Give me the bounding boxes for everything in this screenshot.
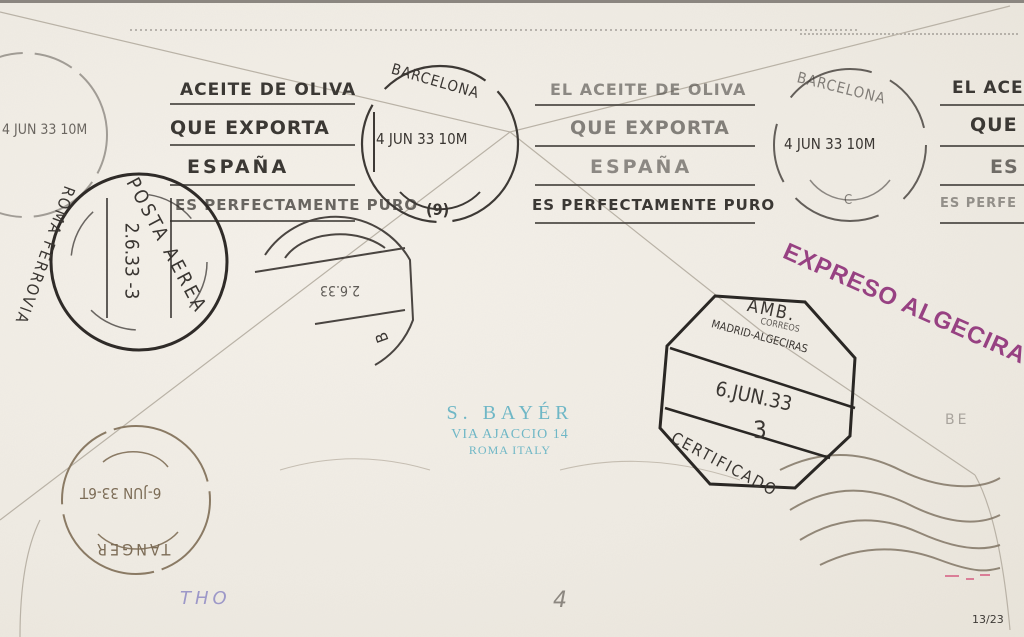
- slogan-cancel-center: EL ACEITE DE OLIVA QUE EXPORTA ESPAÑA ES…: [530, 72, 760, 237]
- postmark-date: 2.6.33 -3: [120, 223, 142, 300]
- postmark-tanger: 6-JUN 33-6T TANGER: [58, 422, 218, 577]
- slogan-line: ESPAÑA: [590, 156, 692, 178]
- postmark-ambulante-madrid-algeciras: AMB. CORREOS MADRID-ALGECIRAS 6.JUN.33 3…: [655, 288, 865, 498]
- postmark-date: 6-JUN 33-6T: [80, 484, 161, 502]
- sender-city: ROMA ITALY: [405, 443, 615, 458]
- postmark-date: 2.6.33: [320, 282, 360, 298]
- sender-street: VIA AJACCIO 14: [405, 427, 615, 443]
- postmark-roma-posta-aerea: POSTA AEREA ROMA FERROVIA 2.6.33 -3: [45, 168, 235, 358]
- postmark-date: 4 JUN 33 10M: [784, 135, 875, 153]
- slogan-cancel-right: EL ACEI QUE E ES ES PERFE: [940, 72, 1024, 237]
- slogan-line: ACEITE DE OLIVA: [180, 80, 356, 100]
- slogan-line: QUE EXPORTA: [170, 117, 330, 139]
- postmark-date: 4 JUN 33 10M: [2, 122, 87, 138]
- pencil-initials: THO: [180, 588, 231, 609]
- slogan-line: ES PERFECTAMENTE PURO: [532, 196, 775, 214]
- pencil-be: BE: [945, 412, 969, 428]
- slogan-line: ES: [990, 156, 1019, 178]
- sender-name: S. BAYÉR: [405, 402, 615, 425]
- postmark-code: C: [844, 193, 852, 208]
- slogan-line: EL ACEI: [952, 78, 1024, 98]
- postmark-city: TANGER: [94, 540, 170, 559]
- slogan-line: EL ACEITE DE OLIVA: [550, 80, 746, 99]
- postmark-number: 3: [753, 416, 767, 444]
- postmark-code: (9): [426, 200, 449, 219]
- postmark-date: 4 JUN 33 10M: [376, 130, 467, 148]
- envelope-back: ACEITE DE OLIVA QUE EXPORTA ESPAÑA ES PE…: [0, 0, 1024, 637]
- slogan-line: QUE E: [970, 114, 1024, 136]
- sender-address: S. BAYÉR VIA AJACCIO 14 ROMA ITALY: [405, 402, 615, 458]
- pencil-corner-note: 13/23: [972, 613, 1004, 626]
- pencil-number: 4: [553, 588, 567, 613]
- slogan-line: QUE EXPORTA: [570, 117, 730, 139]
- postmark-partial-circle: 2.6.33 B: [235, 200, 415, 370]
- postmark-barcelona-right: BARCELONA 4 JUN 33 10M C: [770, 65, 930, 225]
- slogan-line: ES PERFE: [940, 196, 1017, 211]
